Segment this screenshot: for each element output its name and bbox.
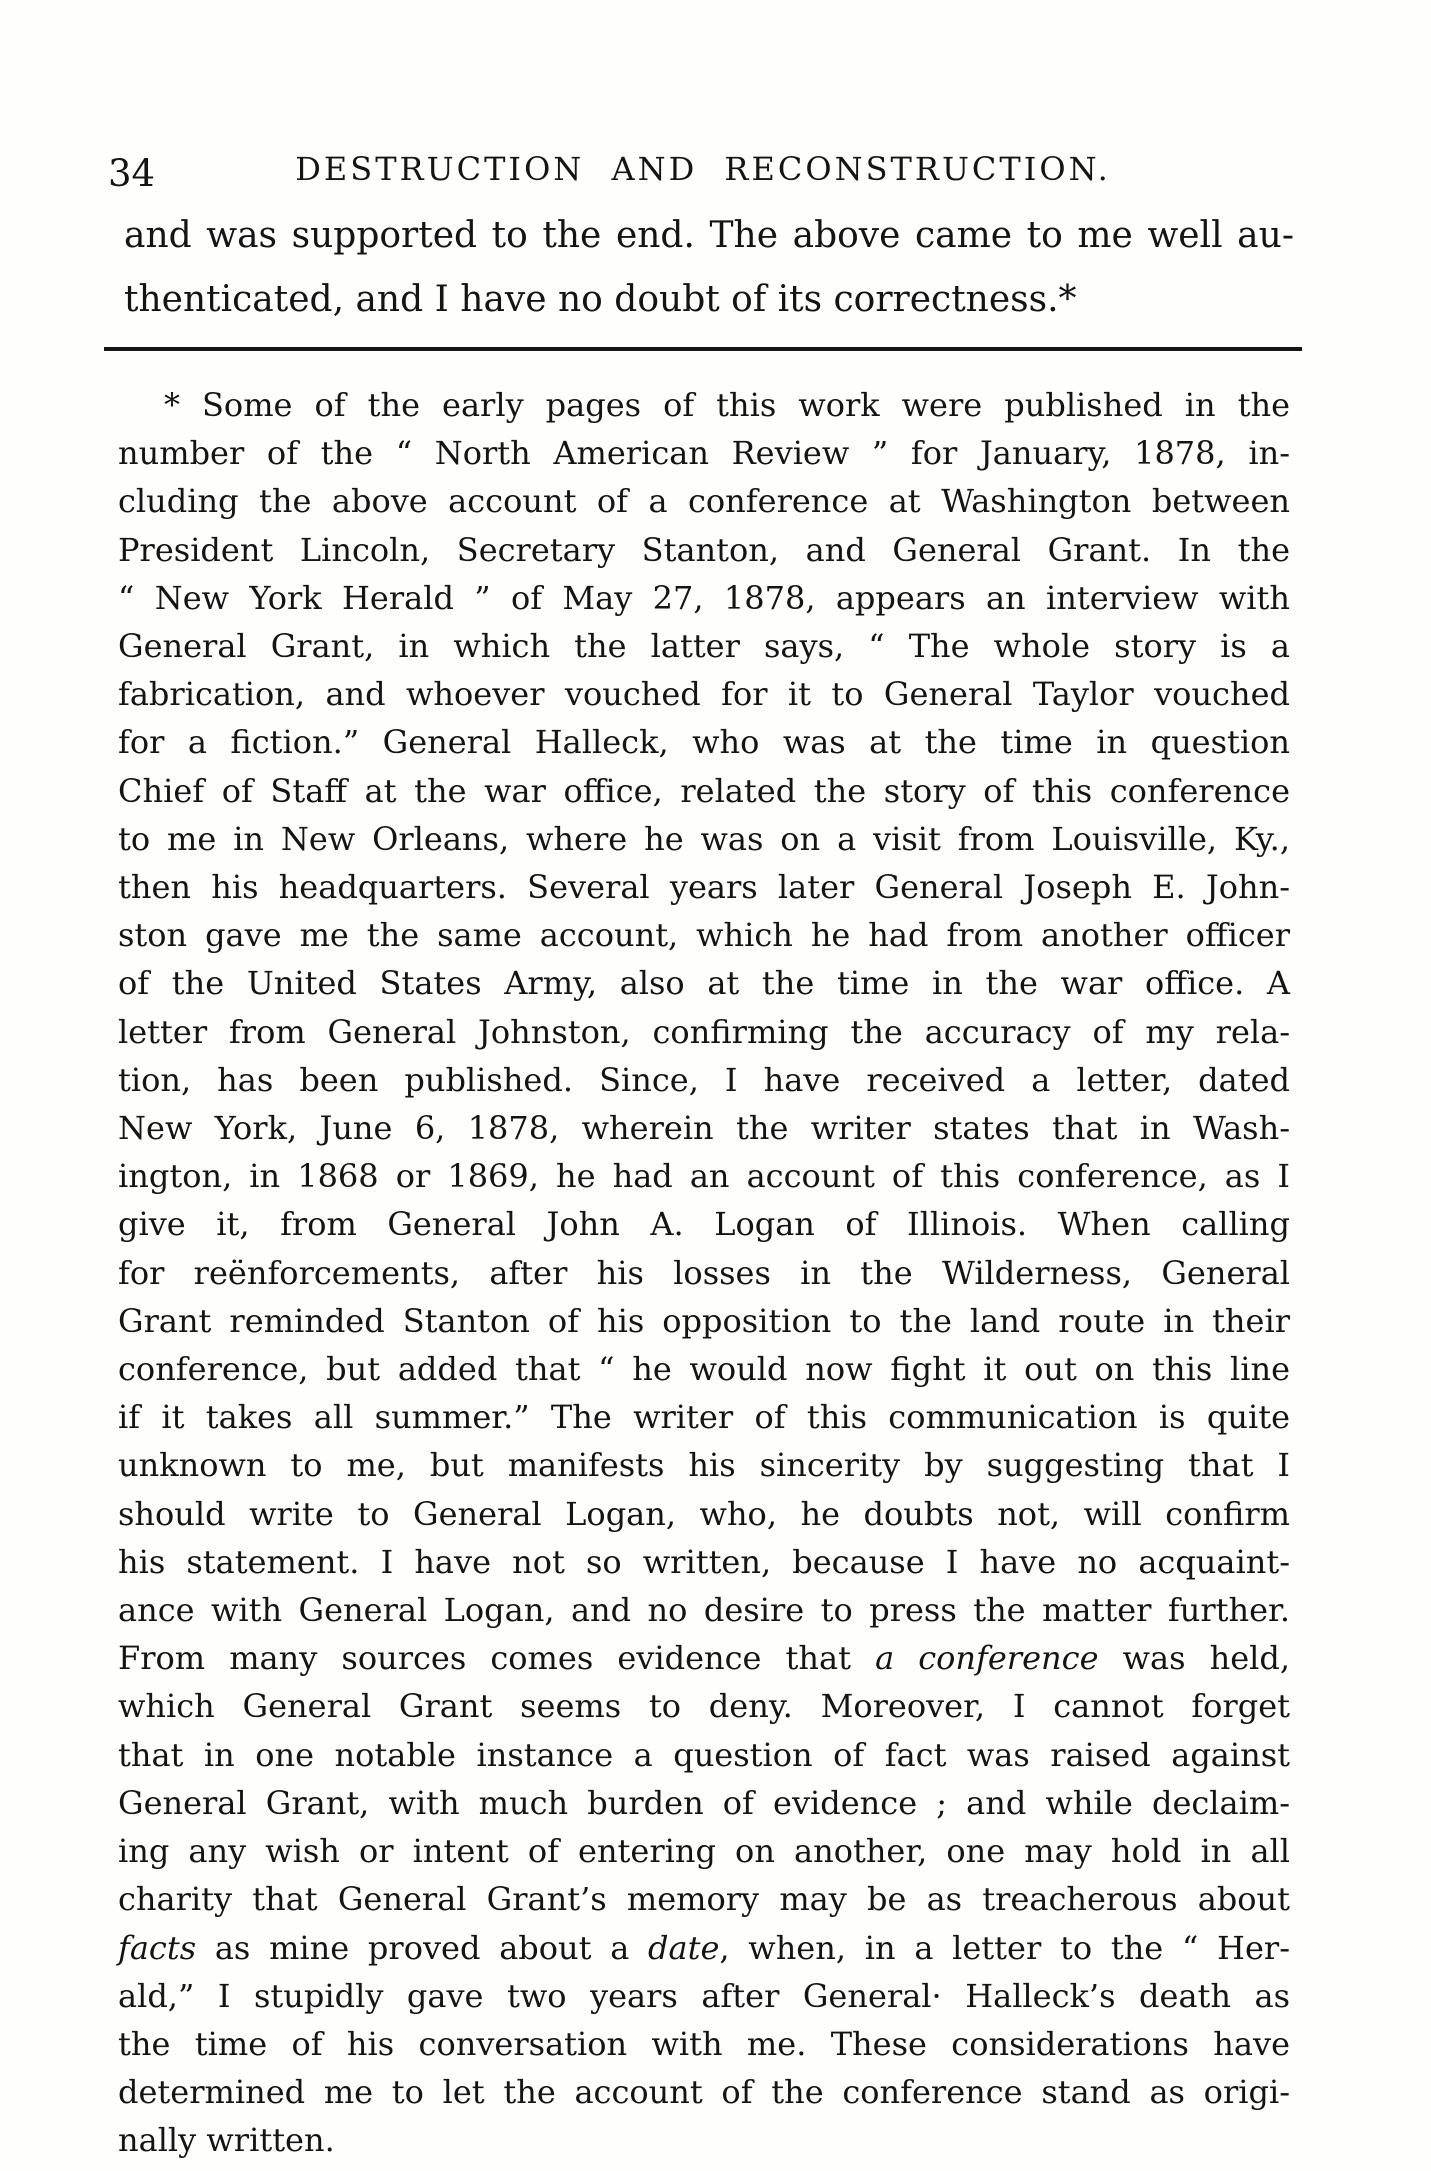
text-line: Grant reminded Stanton of his opposition…: [118, 1297, 1290, 1345]
text-line: ance with General Logan, and no desire t…: [118, 1586, 1290, 1634]
main-paragraph: and was supported to the end. The above …: [124, 204, 1294, 332]
text-line: determined me to let the account of the …: [118, 2068, 1290, 2116]
text-line: ing any wish or intent of entering on an…: [118, 1827, 1290, 1875]
text-line: thenticated, and I have no doubt of its …: [124, 268, 1294, 332]
text-line: if it takes all summer.” The writer of t…: [118, 1393, 1290, 1441]
page-header: 34 DESTRUCTION AND RECONSTRUCTION.: [108, 150, 1298, 198]
book-page: 34 DESTRUCTION AND RECONSTRUCTION. and w…: [0, 0, 1431, 2171]
text-line: * Some of the early pages of this work w…: [118, 381, 1290, 429]
text-line: number of the “ North American Review ” …: [118, 429, 1290, 477]
footnote-separator-rule: [104, 347, 1302, 351]
text-line: ington, in 1868 or 1869, he had an accou…: [118, 1152, 1290, 1200]
text-line: and was supported to the end. The above …: [124, 204, 1294, 268]
text-line: should write to General Logan, who, he d…: [118, 1490, 1290, 1538]
text-line: unknown to me, but manifests his sinceri…: [118, 1441, 1290, 1489]
text-line: cluding the above account of a conferenc…: [118, 477, 1290, 525]
text-line: Chief of Staff at the war office, relate…: [118, 767, 1290, 815]
text-line: General Grant, with much burden of evide…: [118, 1779, 1290, 1827]
text-line: tion, has been published. Since, I have …: [118, 1056, 1290, 1104]
text-line: which General Grant seems to deny. Moreo…: [118, 1682, 1290, 1730]
text-line: ald,” I stupidly gave two years after Ge…: [118, 1972, 1290, 2020]
text-line: letter from General Johnston, confirming…: [118, 1008, 1290, 1056]
text-line: for a fiction.” General Halleck, who was…: [118, 718, 1290, 766]
text-line: ston gave me the same account, which he …: [118, 911, 1290, 959]
text-line: From many sources comes evidence that a …: [118, 1634, 1290, 1682]
text-line: New York, June 6, 1878, wherein the writ…: [118, 1104, 1290, 1152]
text-line: “ New York Herald ” of May 27, 1878, app…: [118, 574, 1290, 622]
page-number: 34: [108, 152, 155, 195]
text-line: conference, but added that “ he would no…: [118, 1345, 1290, 1393]
text-line: nally written.: [118, 2116, 1290, 2164]
text-line: to me in New Orleans, where he was on a …: [118, 815, 1290, 863]
running-title: DESTRUCTION AND RECONSTRUCTION.: [108, 150, 1298, 188]
text-line: the time of his conversation with me. Th…: [118, 2020, 1290, 2068]
text-line: his statement. I have not so written, be…: [118, 1538, 1290, 1586]
text-line: for reënforcements, after his losses in …: [118, 1249, 1290, 1297]
text-line: give it, from General John A. Logan of I…: [118, 1200, 1290, 1248]
text-line: President Lincoln, Secretary Stanton, an…: [118, 526, 1290, 574]
footnote-paragraph: * Some of the early pages of this work w…: [118, 381, 1290, 2165]
text-line: charity that General Grant’s memory may …: [118, 1875, 1290, 1923]
text-line: fabrication, and whoever vouched for it …: [118, 670, 1290, 718]
text-line: facts as mine proved about a date, when,…: [118, 1924, 1290, 1972]
text-line: then his headquarters. Several years lat…: [118, 863, 1290, 911]
text-line: of the United States Army, also at the t…: [118, 959, 1290, 1007]
text-line: General Grant, in which the latter says,…: [118, 622, 1290, 670]
text-line: that in one notable instance a question …: [118, 1731, 1290, 1779]
